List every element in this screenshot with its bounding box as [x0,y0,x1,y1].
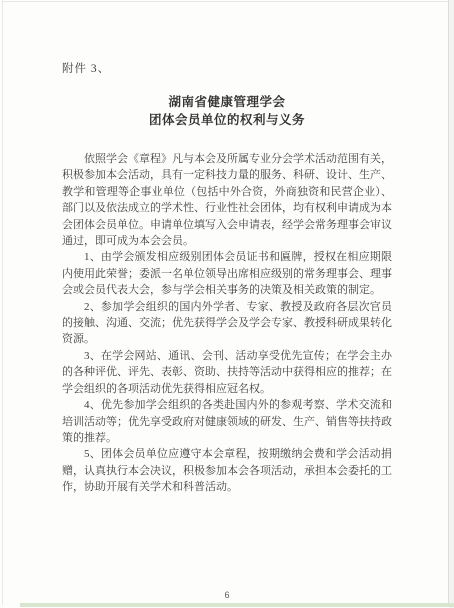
title-line-1: 湖南省健康管理学会 [62,94,392,112]
body-paragraph-4: 4、优先参加学会组织的各类赴国内外的参观考察、学术交流和培训活动等；优先享受政府… [62,397,392,446]
body-paragraph-2: 2、参加学会组织的国内外学者、专家、教授及政府各层次官员的接触、沟通、交流；优先… [62,299,392,348]
page-edge-top [2,1,449,2]
document-body: 依照学会《章程》凡与本会及所属专业分会学术活动范围有关，积极参加本会活动，具有一… [62,151,392,496]
page-number: 6 [0,590,454,600]
body-paragraph-1: 1、由学会颁发相应级别团体会员证书和匾牌，授权在相应期限内使用此荣誉；委派一名单… [62,249,392,298]
document-content: 附件 3、 湖南省健康管理学会 团体会员单位的权利与义务 依照学会《章程》凡与本… [62,61,392,496]
attachment-label: 附件 3、 [62,61,392,77]
body-paragraph-intro: 依照学会《章程》凡与本会及所属专业分会学术活动范围有关，积极参加本会活动，具有一… [62,151,392,249]
title-line-2: 团体会员单位的权利与义务 [62,112,392,130]
page-edge-left [2,0,3,605]
page-gutter-right [449,0,454,608]
document-page: 附件 3、 湖南省健康管理学会 团体会员单位的权利与义务 依照学会《章程》凡与本… [0,0,454,608]
body-paragraph-3: 3、在学会网站、通讯、会刊、活动享受优先宣传；在学会主办的各种评优、评先、表彰、… [62,348,392,397]
document-title: 湖南省健康管理学会 团体会员单位的权利与义务 [62,94,392,129]
page-edge-right [448,0,449,605]
next-page-edge-strip [20,603,454,607]
body-paragraph-5: 5、团体会员单位应遵守本会章程，按期缴纳会费和学会活动捐赠，认真执行本会决议，积… [62,446,392,495]
